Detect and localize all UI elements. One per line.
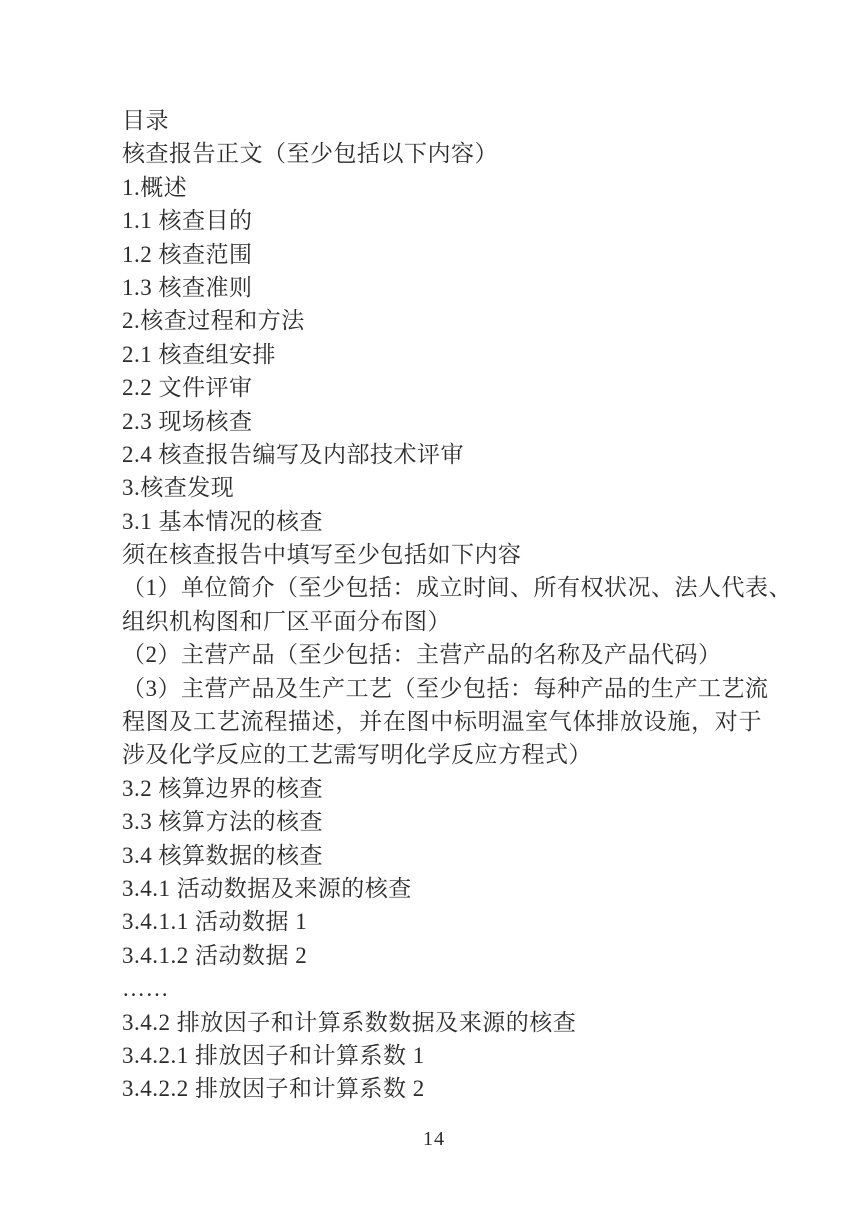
toc-line: 组织机构图和厂区平面分布图）: [122, 605, 762, 638]
toc-line: 3.4.2.1 排放因子和计算系数 1: [122, 1039, 762, 1072]
toc-line: 2.1 核查组安排: [122, 338, 762, 371]
toc-line: 3.3 核算方法的核查: [122, 805, 762, 838]
toc-line: 核查报告正文（至少包括以下内容）: [122, 137, 762, 170]
toc-line: 3.4.2.2 排放因子和计算系数 2: [122, 1072, 762, 1105]
toc-line: 1.概述: [122, 171, 762, 204]
toc-line: 3.4.1.2 活动数据 2: [122, 939, 762, 972]
toc-line: 3.核查发现: [122, 471, 762, 504]
toc-line: 3.4.1.1 活动数据 1: [122, 905, 762, 938]
toc-line: （2）主营产品（至少包括：主营产品的名称及产品代码）: [122, 638, 762, 671]
toc-line: 1.1 核查目的: [122, 204, 762, 237]
toc-line: 2.3 现场核查: [122, 405, 762, 438]
toc-line: 3.4 核算数据的核查: [122, 839, 762, 872]
toc-line: 1.3 核查准则: [122, 271, 762, 304]
toc-line: 3.2 核算边界的核查: [122, 772, 762, 805]
toc-line: 2.核查过程和方法: [122, 304, 762, 337]
toc-line: （1）单位简介（至少包括：成立时间、所有权状况、法人代表、: [122, 571, 762, 604]
document-page: 目录核查报告正文（至少包括以下内容）1.概述1.1 核查目的1.2 核查范围1.…: [0, 0, 868, 1227]
toc-line: 3.1 基本情况的核查: [122, 505, 762, 538]
toc-line: 2.4 核查报告编写及内部技术评审: [122, 438, 762, 471]
toc-line: 须在核查报告中填写至少包括如下内容: [122, 538, 762, 571]
toc-line: 1.2 核查范围: [122, 238, 762, 271]
toc-line: 程图及工艺流程描述，并在图中标明温室气体排放设施，对于: [122, 705, 762, 738]
toc-line: ……: [122, 972, 762, 1005]
page-number: 14: [0, 1128, 868, 1151]
toc-line: （3）主营产品及生产工艺（至少包括：每种产品的生产工艺流: [122, 672, 762, 705]
toc-line: 3.4.1 活动数据及来源的核查: [122, 872, 762, 905]
toc-title: 目录: [122, 104, 762, 137]
toc: 目录核查报告正文（至少包括以下内容）1.概述1.1 核查目的1.2 核查范围1.…: [122, 104, 762, 1106]
toc-line: 涉及化学反应的工艺需写明化学反应方程式）: [122, 738, 762, 771]
toc-line: 2.2 文件评审: [122, 371, 762, 404]
toc-line: 3.4.2 排放因子和计算系数数据及来源的核查: [122, 1006, 762, 1039]
